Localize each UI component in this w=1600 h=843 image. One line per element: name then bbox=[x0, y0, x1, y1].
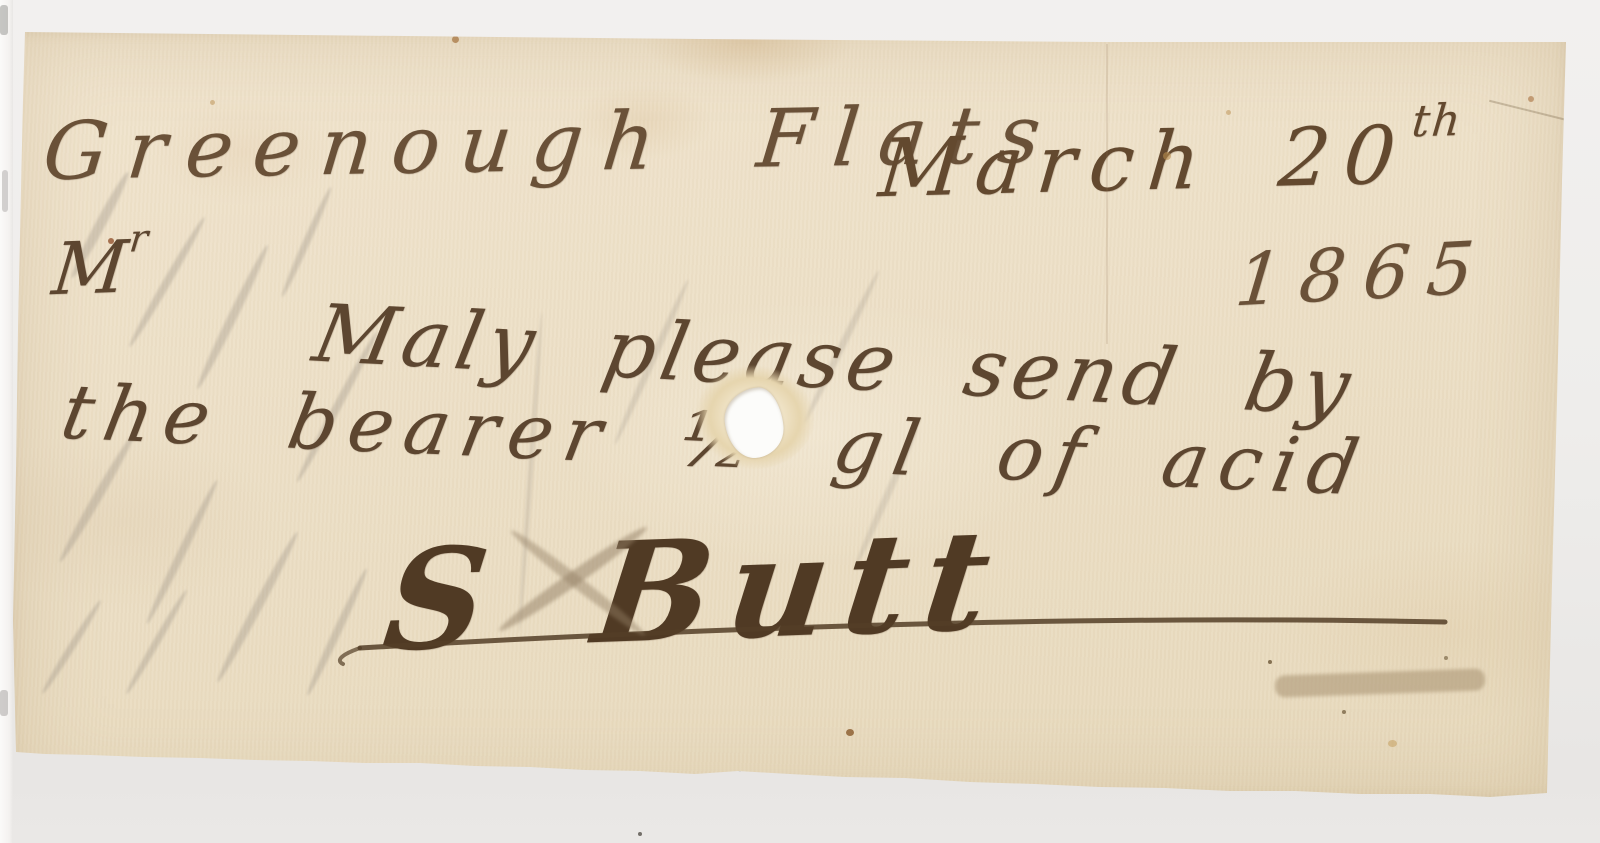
dateline-day-suffix: th bbox=[1410, 95, 1465, 147]
salutation-superscript: r bbox=[127, 216, 150, 261]
foxing-spot bbox=[1444, 656, 1448, 660]
foxing-spot bbox=[210, 100, 215, 105]
foxing-spot bbox=[108, 238, 114, 244]
foxing-spot bbox=[1268, 660, 1272, 664]
foxing-spot bbox=[1163, 152, 1171, 160]
scanner-bed-speck bbox=[638, 832, 642, 836]
dateline-year: 1865 bbox=[1232, 231, 1495, 317]
salutation: Mr bbox=[49, 219, 150, 306]
dateline-day: 20 bbox=[1275, 108, 1414, 205]
foxing-spot bbox=[846, 729, 854, 736]
pencil-smudge bbox=[193, 243, 271, 391]
scanner-edge-strip bbox=[0, 0, 13, 843]
foxing-spot bbox=[1388, 740, 1397, 747]
foxing-spot bbox=[452, 36, 459, 43]
foxing-spot bbox=[1528, 96, 1534, 102]
crease-line bbox=[1106, 44, 1108, 344]
strip-mark bbox=[0, 5, 8, 35]
note-paper: Greenough Flats March 20th 1865 Mr Maly … bbox=[13, 32, 1566, 798]
salutation-main: M bbox=[49, 224, 132, 311]
scanned-note-view: Greenough Flats March 20th 1865 Mr Maly … bbox=[0, 0, 1600, 843]
strip-mark bbox=[2, 170, 8, 212]
pencil-smudge bbox=[304, 567, 370, 697]
strip-mark bbox=[0, 690, 8, 716]
ink-smudge-streak bbox=[1275, 668, 1486, 697]
foxing-spot bbox=[1226, 110, 1231, 115]
dateline-month: March bbox=[875, 113, 1218, 215]
pencil-smudge bbox=[143, 478, 220, 625]
foxing-spot bbox=[737, 771, 742, 776]
signature: S Butt bbox=[378, 510, 1013, 670]
pencil-smudge bbox=[279, 186, 334, 298]
foxing-spot bbox=[1342, 710, 1346, 714]
crease-line bbox=[1489, 100, 1572, 123]
pencil-smudge bbox=[39, 599, 103, 696]
pencil-smudge bbox=[214, 530, 302, 684]
